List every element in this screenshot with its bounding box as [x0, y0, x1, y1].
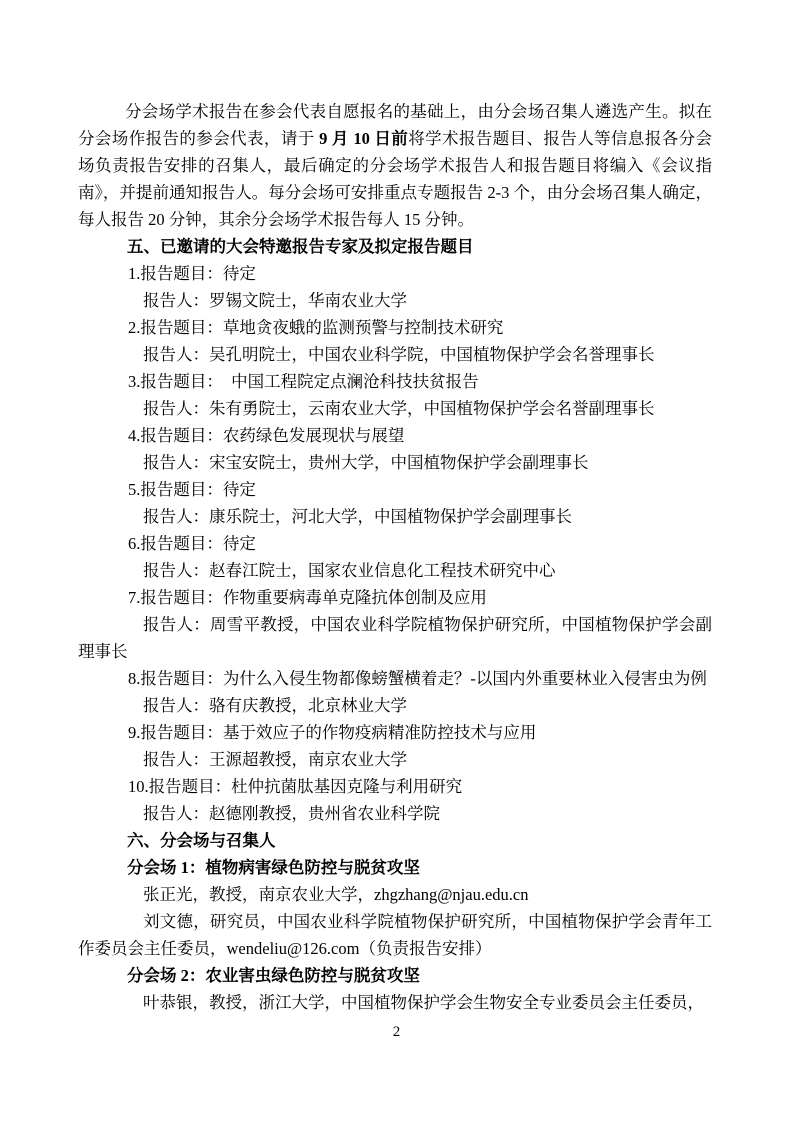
report-1-title: 1.报告题目：待定 [78, 260, 712, 287]
report-7-speaker: 报告人：周雪平教授，中国农业科学院植物保护研究所，中国植物保护学会副理事长 [78, 611, 712, 665]
report-5-title: 5.报告题目：待定 [78, 476, 712, 503]
session-1-title: 分会场 1：植物病害绿色防控与脱贫攻坚 [78, 854, 712, 881]
section5-heading: 五、已邀请的大会特邀报告专家及拟定报告题目 [78, 233, 712, 260]
report-8-title: 8.报告题目：为什么入侵生物都像螃蟹横着走？-以国内外重要林业入侵害虫为例 [78, 665, 712, 692]
report-4-title: 4.报告题目：农药绿色发展现状与展望 [78, 422, 712, 449]
session-1-convener-1: 张正光，教授，南京农业大学，zhgzhang@njau.edu.cn [78, 881, 712, 908]
session-1-convener-2: 刘文德，研究员，中国农业科学院植物保护研究所，中国植物保护学会青年工作委员会主任… [78, 908, 712, 962]
report-1-speaker: 报告人：罗锡文院士，华南农业大学 [78, 287, 712, 314]
report-3-title: 3.报告题目： 中国工程院定点澜沧科技扶贫报告 [78, 368, 712, 395]
report-8-speaker: 报告人：骆有庆教授，北京林业大学 [78, 692, 712, 719]
intro-deadline-bold: 9 月 10 日前 [319, 129, 408, 148]
report-6-title: 6.报告题目：待定 [78, 530, 712, 557]
page-content: 分会场学术报告在参会代表自愿报名的基础上，由分会场召集人遴选产生。拟在分会场作报… [78, 98, 712, 1016]
report-5-speaker: 报告人：康乐院士，河北大学，中国植物保护学会副理事长 [78, 503, 712, 530]
report-9-speaker: 报告人：王源超教授，南京农业大学 [78, 746, 712, 773]
session-2-title: 分会场 2：农业害虫绿色防控与脱贫攻坚 [78, 962, 712, 989]
report-9-title: 9.报告题目：基于效应子的作物疫病精准防控技术与应用 [78, 719, 712, 746]
report-10-title: 10.报告题目：杜仲抗菌肽基因克隆与利用研究 [78, 773, 712, 800]
report-4-speaker: 报告人：宋宝安院士，贵州大学，中国植物保护学会副理事长 [78, 449, 712, 476]
document-page: 分会场学术报告在参会代表自愿报名的基础上，由分会场召集人遴选产生。拟在分会场作报… [0, 0, 793, 1122]
report-2-title: 2.报告题目：草地贪夜蛾的监测预警与控制技术研究 [78, 314, 712, 341]
session-2-convener-1: 叶恭银，教授，浙江大学，中国植物保护学会生物安全专业委员会主任委员， [78, 989, 712, 1016]
intro-paragraph: 分会场学术报告在参会代表自愿报名的基础上，由分会场召集人遴选产生。拟在分会场作报… [78, 98, 712, 233]
report-3-speaker: 报告人：朱有勇院士，云南农业大学，中国植物保护学会名誉副理事长 [78, 395, 712, 422]
section6-heading: 六、分会场与召集人 [78, 827, 712, 854]
report-7-title: 7.报告题目：作物重要病毒单克隆抗体创制及应用 [78, 584, 712, 611]
report-6-speaker: 报告人：赵春江院士，国家农业信息化工程技术研究中心 [78, 557, 712, 584]
page-number: 2 [0, 1023, 793, 1041]
report-10-speaker: 报告人：赵德刚教授，贵州省农业科学院 [78, 800, 712, 827]
report-2-speaker: 报告人：吴孔明院士，中国农业科学院，中国植物保护学会名誉理事长 [78, 341, 712, 368]
